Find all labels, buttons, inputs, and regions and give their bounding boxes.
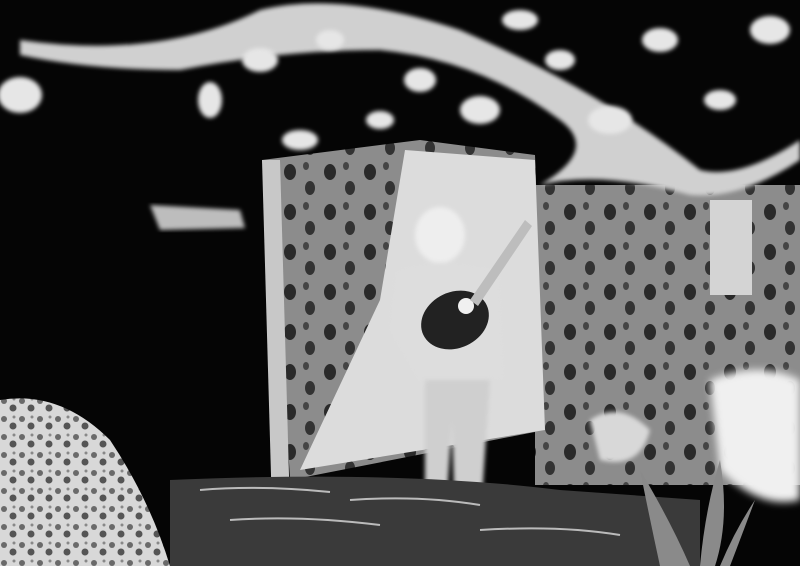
window (710, 200, 752, 295)
photo-scene: Inverted black-and-white photo: a standi… (0, 0, 800, 566)
head (415, 207, 465, 263)
photo-illustration (0, 0, 800, 566)
